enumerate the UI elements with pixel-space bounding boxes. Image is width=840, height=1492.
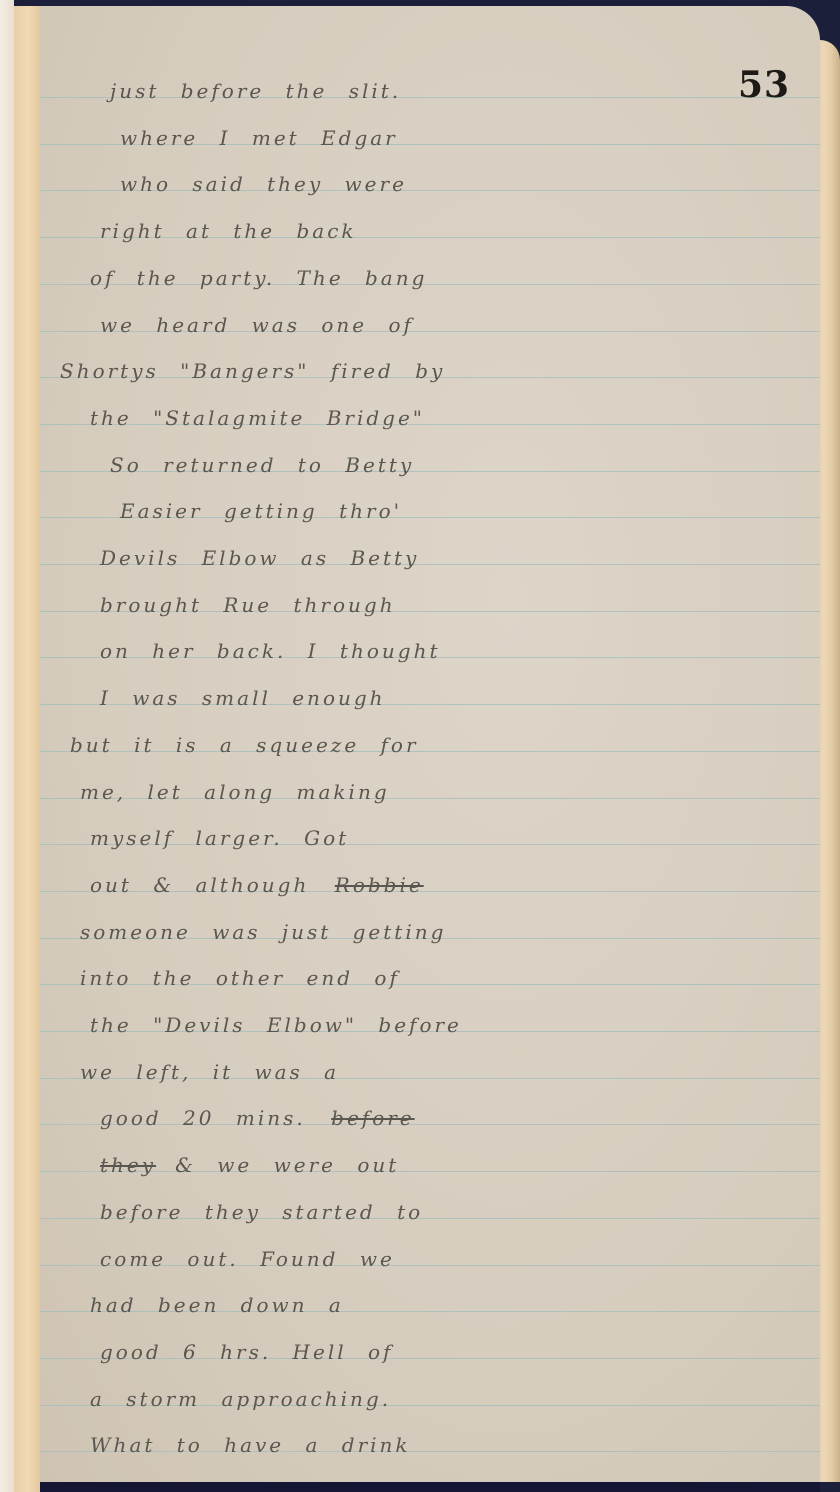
handwritten-line: we left, it was a <box>40 1038 820 1084</box>
handwritten-line: on her back. I thought <box>40 617 820 663</box>
handwritten-line: the "Stalagmite Bridge" <box>40 384 820 430</box>
line-text: we heard was one of <box>100 313 414 337</box>
line-text: What to have a drink <box>90 1433 411 1457</box>
line-text: the "Stalagmite Bridge" <box>90 406 425 430</box>
struck-word: before <box>331 1106 414 1130</box>
notebook-page: 53 just before the slit.where I met Edga… <box>40 6 820 1482</box>
line-text: of the party. The bang <box>90 266 427 290</box>
struck-word: Robbie <box>335 873 424 897</box>
line-text: So returned to Betty <box>110 453 414 477</box>
line-text: come out. Found we <box>100 1247 395 1271</box>
handwritten-line: but it is a squeeze for <box>40 711 820 757</box>
line-text: & we were out <box>175 1153 399 1177</box>
struck-word: they <box>100 1153 156 1177</box>
line-text: brought Rue through <box>100 593 396 617</box>
handwritten-line: Easier getting thro' <box>40 477 820 523</box>
handwritten-line: So returned to Betty <box>40 431 820 477</box>
line-text: Shortys "Bangers" fired by <box>60 359 445 383</box>
handwritten-line: good 6 hrs. Hell of <box>40 1318 820 1364</box>
line-text: I was small enough <box>100 686 386 710</box>
handwritten-line: who said they were <box>40 150 820 196</box>
line-text: we left, it was a <box>80 1060 339 1084</box>
line-text: Devils Elbow as Betty <box>100 546 419 570</box>
handwritten-line: right at the back <box>40 197 820 243</box>
handwritten-line: had been down a <box>40 1271 820 1317</box>
handwritten-line: out & although Robbie <box>40 851 820 897</box>
handwritten-line: someone was just getting <box>40 898 820 944</box>
handwritten-line: Shortys "Bangers" fired by <box>40 337 820 383</box>
line-text: the "Devils Elbow" before <box>90 1013 462 1037</box>
notebook-spine <box>14 6 41 1492</box>
handwritten-line: before they started to <box>40 1178 820 1224</box>
line-text: out & although <box>90 873 309 897</box>
line-text: someone was just getting <box>80 920 446 944</box>
handwritten-line: What to have a drink <box>40 1411 820 1457</box>
handwritten-line: Devils Elbow as Betty <box>40 524 820 570</box>
handwritten-line: just before the slit. <box>40 57 820 103</box>
line-text: a storm approaching. <box>90 1387 391 1411</box>
line-text: myself larger. Got <box>90 826 349 850</box>
line-text: right at the back <box>100 219 357 243</box>
handwritten-line: where I met Edgar <box>40 104 820 150</box>
handwritten-line: good 20 mins. before <box>40 1084 820 1130</box>
line-text: good 20 mins. <box>100 1106 306 1130</box>
handwritten-line: brought Rue through <box>40 571 820 617</box>
handwritten-line: into the other end of <box>40 944 820 990</box>
line-text: where I met Edgar <box>120 126 398 150</box>
line-text: but it is a squeeze for <box>70 733 419 757</box>
handwritten-line: I was small enough <box>40 664 820 710</box>
line-text: before they started to <box>100 1200 423 1224</box>
bottom-shadow <box>40 1482 820 1492</box>
left-page-edge <box>0 0 14 1492</box>
handwritten-line: of the party. The bang <box>40 244 820 290</box>
line-text: just before the slit. <box>110 79 401 103</box>
line-text: into the other end of <box>80 966 400 990</box>
line-text: who said they were <box>120 172 407 196</box>
line-text: Easier getting thro' <box>120 499 402 523</box>
line-text: good 6 hrs. Hell of <box>100 1340 393 1364</box>
handwritten-line: the "Devils Elbow" before <box>40 991 820 1037</box>
handwritten-line: they & we were out <box>40 1131 820 1177</box>
handwritten-line: we heard was one of <box>40 291 820 337</box>
handwritten-line: myself larger. Got <box>40 804 820 850</box>
line-text: had been down a <box>90 1293 344 1317</box>
handwritten-line: come out. Found we <box>40 1225 820 1271</box>
handwritten-line: a storm approaching. <box>40 1365 820 1411</box>
handwritten-line: me, let along making <box>40 758 820 804</box>
line-text: on her back. I thought <box>100 639 441 663</box>
line-text: me, let along making <box>80 780 390 804</box>
